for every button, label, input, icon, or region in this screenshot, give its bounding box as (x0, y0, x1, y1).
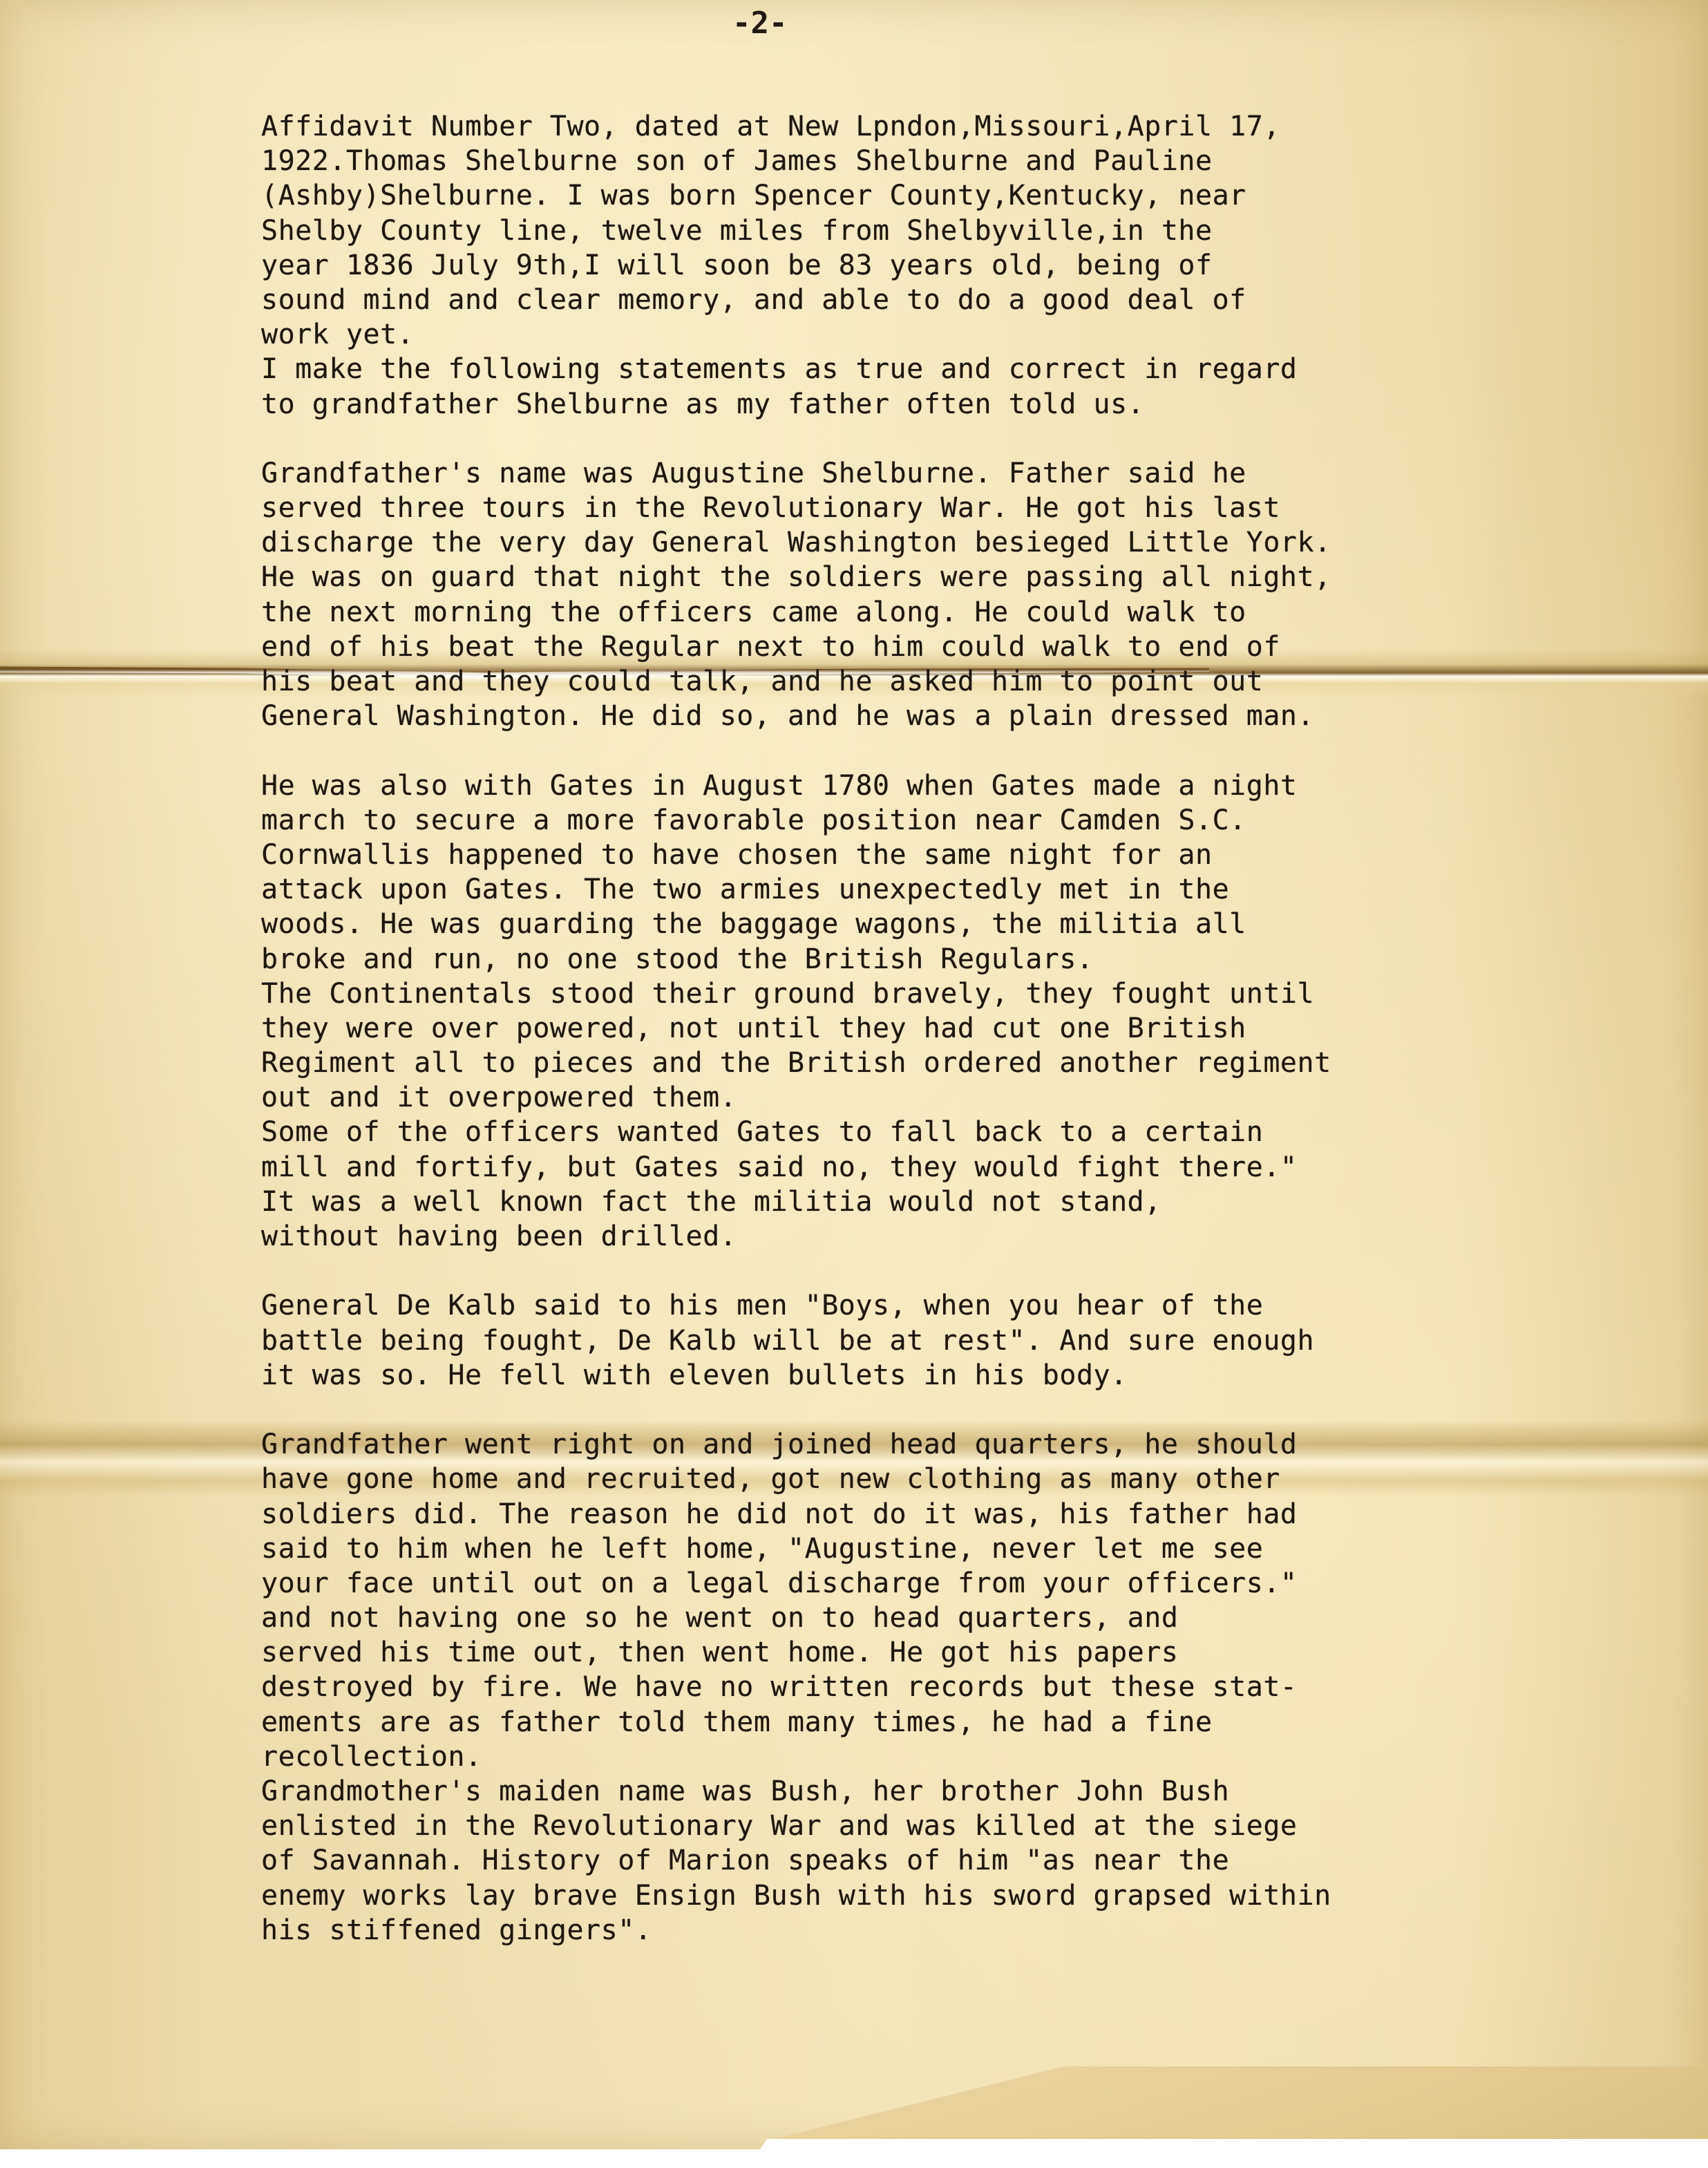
text-line: to grandfather Shelburne as my father of… (261, 387, 1574, 422)
text-line: it was so. He fell with eleven bullets i… (261, 1358, 1574, 1393)
text-line: have gone home and recruited, got new cl… (261, 1462, 1574, 1496)
text-line: Shelby County line, twelve miles from Sh… (261, 214, 1574, 248)
text-line: He was also with Gates in August 1780 wh… (261, 769, 1574, 803)
text-line: they were over powered, not until they h… (261, 1011, 1574, 1046)
text-line: mill and fortify, but Gates said no, the… (261, 1150, 1574, 1185)
text-line: I make the following statements as true … (261, 352, 1574, 386)
page-number: -2- (732, 6, 787, 41)
text-line: out and it overpowered them. (261, 1080, 1574, 1115)
text-line: his beat and they could talk, and he ask… (261, 664, 1574, 699)
text-line: Cornwallis happened to have chosen the s… (261, 838, 1574, 872)
text-line: Grandfather's name was Augustine Shelbur… (261, 456, 1574, 491)
text-line: served his time out, then went home. He … (261, 1635, 1574, 1670)
text-line: sound mind and clear memory, and able to… (261, 283, 1574, 317)
text-line: attack upon Gates. The two armies unexpe… (261, 872, 1574, 907)
text-line: soldiers did. The reason he did not do i… (261, 1497, 1574, 1531)
text-line: your face until out on a legal discharge… (261, 1566, 1574, 1601)
text-line: his stiffened gingers". (261, 1913, 1574, 1948)
paragraph-battle-of-camden: He was also with Gates in August 1780 wh… (261, 769, 1574, 1254)
text-line: destroyed by fire. We have no written re… (261, 1670, 1574, 1704)
paragraph-introduction: Affidavit Number Two, dated at New Lpndo… (261, 109, 1574, 422)
text-line: It was a well known fact the militia wou… (261, 1185, 1574, 1219)
text-line: enemy works lay brave Ensign Bush with h… (261, 1878, 1574, 1913)
text-line: broke and run, no one stood the British … (261, 942, 1574, 977)
text-line: woods. He was guarding the baggage wagon… (261, 907, 1574, 941)
text-line: Grandmother's maiden name was Bush, her … (261, 1774, 1574, 1809)
text-line: recollection. (261, 1740, 1574, 1774)
text-line: He was on guard that night the soldiers … (261, 560, 1574, 594)
text-line: The Continentals stood their ground brav… (261, 977, 1574, 1011)
paragraph-head-quarters-and-bush: Grandfather went right on and joined hea… (261, 1427, 1574, 1948)
text-line: General De Kalb said to his men "Boys, w… (261, 1288, 1574, 1323)
paragraph-spacer (261, 422, 1574, 456)
text-line: discharge the very day General Washingto… (261, 525, 1574, 560)
text-line: 1922.Thomas Shelburne son of James Shelb… (261, 144, 1574, 178)
text-line: and not having one so he went on to head… (261, 1601, 1574, 1635)
text-line: without having been drilled. (261, 1219, 1574, 1254)
text-line: enlisted in the Revolutionary War and wa… (261, 1809, 1574, 1843)
text-line: said to him when he left home, "Augustin… (261, 1531, 1574, 1566)
text-line: march to secure a more favorable positio… (261, 803, 1574, 838)
text-line: General Washington. He did so, and he wa… (261, 699, 1574, 733)
paragraph-de-kalb: General De Kalb said to his men "Boys, w… (261, 1288, 1574, 1393)
text-line: served three tours in the Revolutionary … (261, 491, 1574, 525)
text-line: (Ashby)Shelburne. I was born Spencer Cou… (261, 178, 1574, 213)
text-line: year 1836 July 9th,I will soon be 83 yea… (261, 248, 1574, 283)
paragraph-spacer (261, 1393, 1574, 1427)
text-line: ements are as father told them many time… (261, 1705, 1574, 1740)
text-line: Grandfather went right on and joined hea… (261, 1427, 1574, 1462)
text-line: the next morning the officers came along… (261, 595, 1574, 630)
torn-corner-fold (760, 2066, 1708, 2142)
text-line: end of his beat the Regular next to him … (261, 630, 1574, 664)
text-line: battle being fought, De Kalb will be at … (261, 1323, 1574, 1358)
paragraph-grandfather-service: Grandfather's name was Augustine Shelbur… (261, 456, 1574, 734)
text-line: Regiment all to pieces and the British o… (261, 1046, 1574, 1080)
text-line: of Savannah. History of Marion speaks of… (261, 1843, 1574, 1878)
typed-affidavit-text: Affidavit Number Two, dated at New Lpndo… (261, 109, 1574, 1948)
text-line: Affidavit Number Two, dated at New Lpndo… (261, 109, 1574, 144)
paragraph-spacer (261, 733, 1574, 768)
text-line: Some of the officers wanted Gates to fal… (261, 1115, 1574, 1149)
text-line: work yet. (261, 317, 1574, 352)
document-page: -2- Affidavit Number Two, dated at New L… (0, 0, 1708, 2149)
paragraph-spacer (261, 1254, 1574, 1288)
